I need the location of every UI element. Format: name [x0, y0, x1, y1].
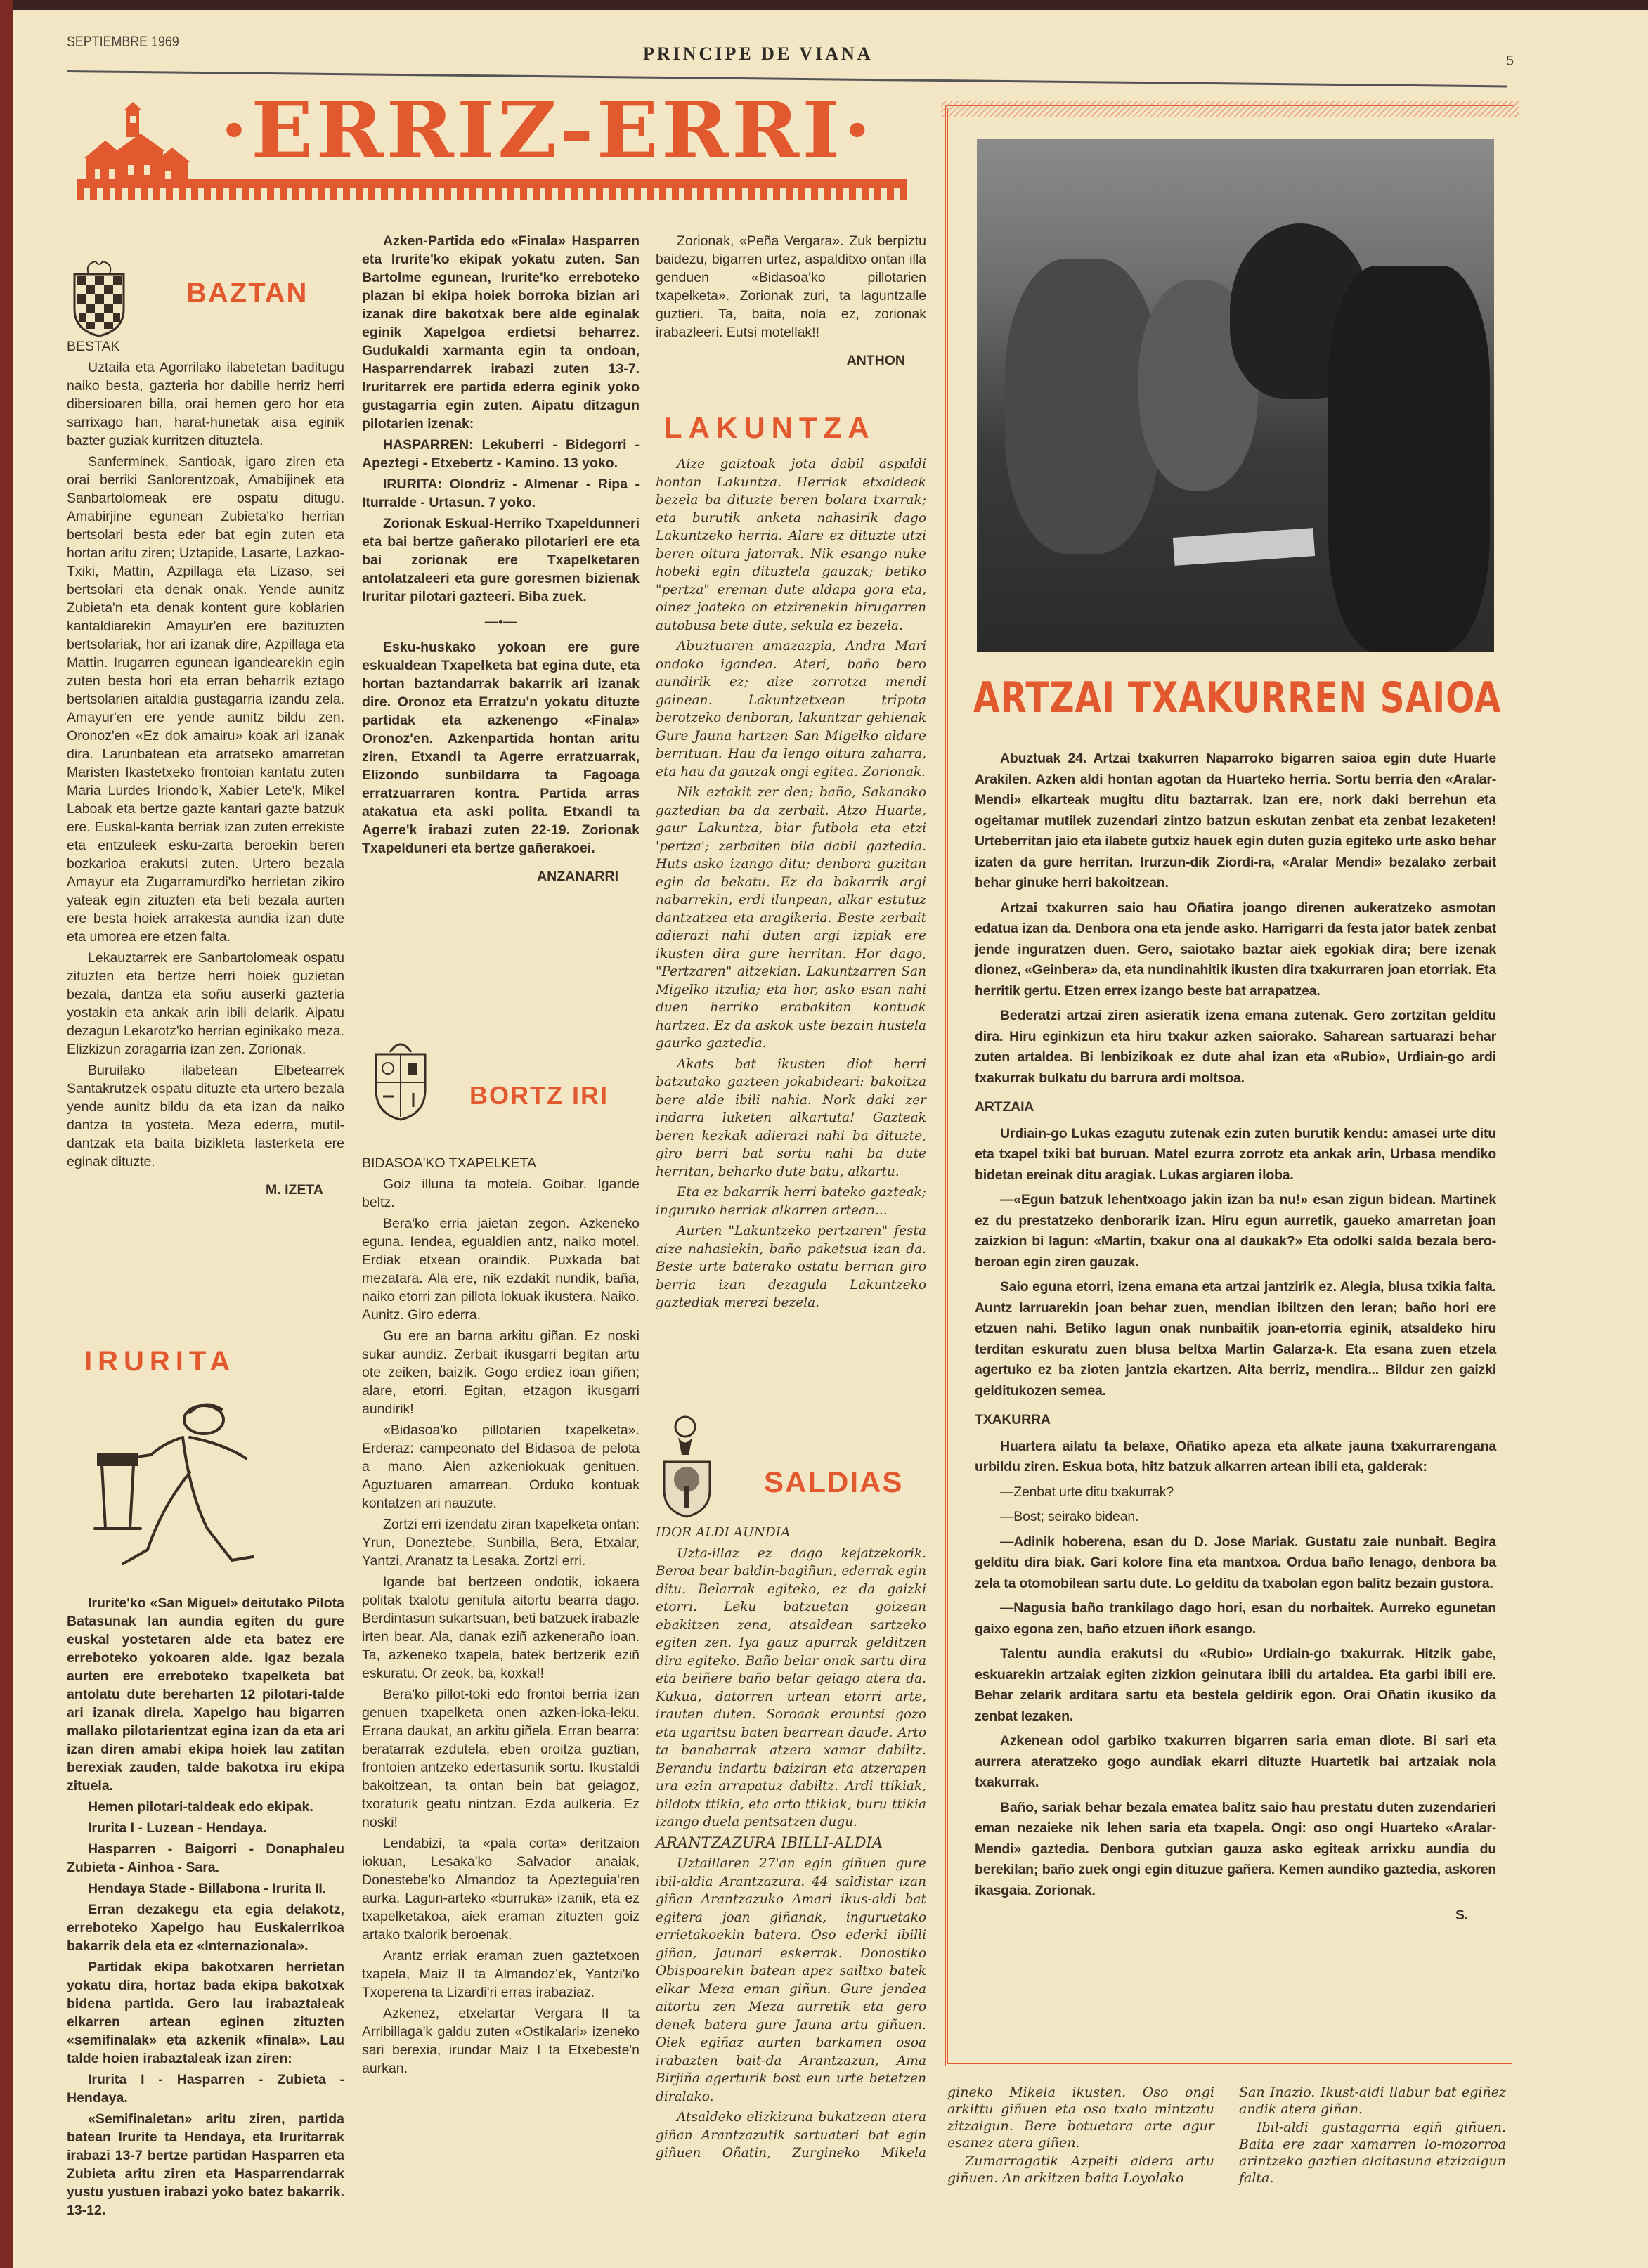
article-body-artzai: Abuztuak 24. Artzai txakurren Naparroko … [975, 749, 1496, 1926]
continuation-column-b: San Inazio. Ikust-aldi llabur bat egiñez… [1239, 2084, 1506, 2188]
section-divider: —•— [362, 613, 640, 631]
paragraph: San Inazio. Ikust-aldi llabur bat egiñez… [1239, 2084, 1506, 2118]
paragraph: Lendabizi, ta «pala corta» deritzaion io… [362, 1834, 640, 1944]
paragraph: Bera'ko pillot-toki edo frontoi berria i… [362, 1685, 640, 1832]
subhead-idor-aldi-aundia: IDOR ALDI AUNDIA [656, 1524, 926, 1542]
article-title-artzai: ARTZAI TXAKURREN SAIOA [973, 673, 1441, 722]
paragraph: Uztaila eta Agorrilako ilabetetan baditu… [67, 358, 344, 450]
paragraph: Bederatzi artzai ziren asieratik izena e… [975, 1006, 1496, 1089]
photo-figure [1328, 266, 1490, 652]
column-irurita-continued: Azken-Partida edo «Finala» Hasparren eta… [362, 232, 640, 886]
subhead-artzaia: ARTZAIA [975, 1097, 1496, 1118]
section-title-bortz-iri: BORTZ IRI [469, 1081, 609, 1110]
paragraph: Urdiain-go Lukas ezagutu zutenak ezin zu… [975, 1124, 1496, 1186]
photo-table [1173, 528, 1315, 566]
paragraph: Azken-Partida edo «Finala» Hasparren eta… [362, 232, 640, 433]
masthead: ·ERRIZ-ERRI· [70, 81, 914, 204]
paragraph: Goiz illuna ta motela. Goibar. Igande be… [362, 1175, 640, 1212]
paragraph: Bera'ko erria jaietan zegon. Azkeneko eg… [362, 1214, 640, 1324]
paragraph: Irurita I - Hasparren - Zubieta - Henday… [67, 2071, 344, 2107]
photo-figure [1005, 259, 1160, 554]
pelota-player-icon [84, 1388, 267, 1578]
dialogue-line: —Bost; seirako bidean. [975, 1507, 1496, 1528]
subhead-bestak: BESTAK [67, 337, 344, 356]
paragraph: Artzai txakurren saio hau Oñatira joango… [975, 898, 1496, 1002]
paragraph: Gu ere an barna arkitu giñan. Ez noski s… [362, 1327, 640, 1418]
paragraph: Eta ez bakarrik herri bateko gazteak; in… [656, 1184, 926, 1219]
paragraph: «Bidasoa'ko pillotarien txapelketa». Erd… [362, 1421, 640, 1512]
paragraph: Baño, sariak behar bezala ematea balitz … [975, 1798, 1496, 1902]
section-title-saldias: SALDIAS [764, 1465, 903, 1499]
paragraph: gineko Mikela ikusten. Oso ongi arkittu … [947, 2084, 1214, 2151]
continuation-column-a: gineko Mikela ikusten. Oso ongi arkittu … [947, 2084, 1214, 2188]
column-baztan: BESTAK Uztaila eta Agorrilako ilabetetan… [67, 337, 344, 1199]
paragraph: Zorionak, «Peña Vergara». Zuk berpiztu b… [656, 232, 926, 342]
paragraph: Aurten "Lakuntzeko pertzaren" festa aize… [656, 1222, 926, 1312]
byline-izeta: M. IZETA [67, 1181, 323, 1199]
tree-crest-icon [661, 1413, 713, 1518]
paragraph: —Nagusia baño trankilago dago hori, esan… [975, 1598, 1496, 1640]
issue-date: SEPTIEMBRE 1969 [67, 34, 179, 51]
paragraph: Zorionak Eskual-Herriko Txapeldunneri et… [362, 514, 640, 606]
checkered-crest-icon [70, 260, 128, 337]
paragraph: Sanferminek, Santioak, igaro ziren eta o… [67, 453, 344, 946]
shepherds-trophy-photo [977, 139, 1494, 652]
paragraph: Arantz erriak eraman zuen gaztetxoen txa… [362, 1947, 640, 2002]
paragraph: Huartera ailatu ta belaxe, Oñatiko apeza… [975, 1437, 1496, 1478]
section-title-lakuntza: LAKUNTZA [664, 411, 876, 445]
paragraph: Uztaillaren 27'an egin giñuen gure ibil-… [656, 1855, 926, 2106]
paragraph: Partidak ekipa bakotxaren herrietan yoka… [67, 1958, 344, 2068]
masthead-fringe [77, 179, 907, 200]
team-list-item: Hendaya Stade - Billabona - Irurita II. [67, 1879, 344, 1898]
paragraph: Uzta-illaz ez dago kejatzekorik. Beroa b… [656, 1545, 926, 1832]
paragraph: —«Egun batzuk lehentxoago jakin izan ba … [975, 1190, 1496, 1273]
paragraph: Irurite'ko «San Miguel» deitutako Pilota… [67, 1594, 344, 1795]
column-bortz-iri-continued: Zorionak, «Peña Vergara». Zuk berpiztu b… [656, 232, 926, 370]
column-lakuntza: Aize gaiztoak jota dabil aspaldi hontan … [656, 455, 926, 1315]
team-list-item: Irurita I - Luzean - Hendaya. [67, 1819, 344, 1837]
section-title-irurita: IRURITA [84, 1346, 235, 1378]
paragraph: Talentu aundia erakutsi du «Rubio» Urdia… [975, 1644, 1496, 1727]
paragraph: Erran dezakegu eta egia delakotz, errebo… [67, 1900, 344, 1955]
paragraph: Atsaldeko elizkizuna bukatzean atera giñ… [656, 2108, 926, 2163]
paragraph: Buruilako ilabetean Elbetearrek Santakru… [67, 1061, 344, 1171]
page-number: 5 [1506, 53, 1514, 70]
column-bortz-iri: BIDASOA'KO TXAPELKETA Goiz illuna ta mot… [362, 1154, 640, 2080]
binding-edge [0, 0, 13, 2268]
paragraph: Nik eztakit zer den; baño, Sakanako gazt… [656, 784, 926, 1053]
paragraph: Hemen pilotari-taldeak edo ekipak. [67, 1798, 344, 1816]
paragraph: Zortzi erri izendatu ziran txapelketa on… [362, 1515, 640, 1570]
publication-title: PRINCIPE DE VIANA [643, 44, 874, 65]
paragraph: HASPARREN: Lekuberri - Bidegorri - Apezt… [362, 436, 640, 472]
paragraph: Abuztuak 24. Artzai txakurren Naparroko … [975, 749, 1496, 894]
paragraph: —Adinik hoberena, esan du D. Jose Mariak… [975, 1532, 1496, 1595]
subhead-arantzazura: ARANTZAZURA IBILLI-ALDIA [656, 1834, 926, 1853]
section-title-baztan: BAZTAN [186, 278, 308, 309]
paragraph: Azkenean odol garbiko txakurren bigarren… [975, 1731, 1496, 1794]
column-saldias: IDOR ALDI AUNDIA Uzta-illaz ez dago keja… [656, 1524, 926, 2166]
paragraph: Azkenez, etxelartar Vergara II ta Arribi… [362, 2004, 640, 2078]
team-list-item: Hasparren - Baigorri - Donaphaleu Zubiet… [67, 1840, 344, 1877]
byline-s: S. [975, 1905, 1468, 1926]
subhead-txakurra: TXAKURRA [975, 1410, 1496, 1431]
paragraph: Saio eguna etorri, izena emana eta artza… [975, 1277, 1496, 1401]
subhead-bidasoako-txapelketa: BIDASOA'KO TXAPELKETA [362, 1154, 640, 1172]
byline-anthon: ANTHON [656, 351, 905, 370]
dialogue-line: —Zenbat urte ditu txakurrak? [975, 1482, 1496, 1503]
paragraph: Abuztuaren amazazpia, Andra Mari ondoko … [656, 637, 926, 781]
section-masthead-title: ·ERRIZ-ERRI· [220, 84, 874, 175]
paragraph: Igande bat bertzeen ondotik, iokaera pol… [362, 1573, 640, 1683]
bortz-iri-crest-icon [372, 1037, 429, 1121]
paragraph: Aize gaiztoak jota dabil aspaldi hontan … [656, 455, 926, 635]
paragraph: «Semifinaletan» aritu ziren, partida bat… [67, 2110, 344, 2220]
paragraph: Lekauztarrek ere Sanbartolomeak ospatu z… [67, 949, 344, 1058]
paragraph: Ibil-aldi gustagarria egiñ giñuen. Baita… [1239, 2119, 1506, 2186]
column-irurita: Irurite'ko «San Miguel» deitutako Pilota… [67, 1594, 344, 2222]
paragraph: IRURITA: Olondriz - Almenar - Ripa - Itu… [362, 475, 640, 512]
byline-anzanarri: ANZANARRI [362, 867, 618, 886]
paragraph: Esku-huskako yokoan ere gure eskualdean … [362, 638, 640, 857]
paragraph: Zumarragatik Azpeiti aldera artu giñuen.… [947, 2153, 1214, 2186]
paragraph: Akats bat ikusten diot herri batzutako g… [656, 1056, 926, 1181]
